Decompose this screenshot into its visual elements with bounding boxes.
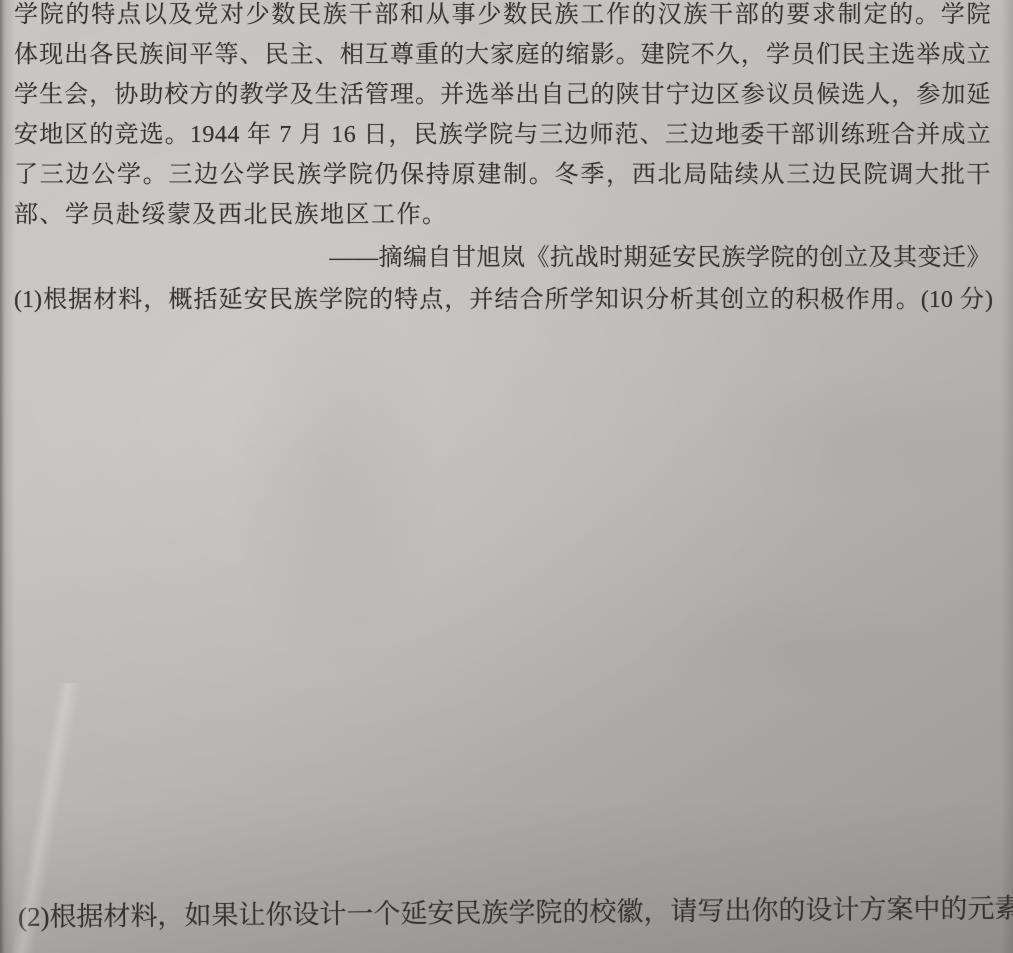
material-line-2: 体现出各民族间平等、民主、相互尊重的大家庭的缩影。建院不久，学员们民主选举成立 xyxy=(14,35,991,75)
material-line-1: 学院的特点以及党对少数民族干部和从事少数民族工作的汉族干部的要求制定的。学院 xyxy=(14,0,991,35)
question-2: (2)根据材料，如果让你设计一个延安民族学院的校徽，请写出你的设计方案中的元素并 xyxy=(18,889,993,936)
material-paragraph: 学院的特点以及党对少数民族干部和从事少数民族工作的汉族干部的要求制定的。学院 体… xyxy=(14,0,991,235)
source-attribution: ——摘编自甘旭岚《抗战时期延安民族学院的创立及其变迁》 xyxy=(330,242,992,274)
material-line-4: 安地区的竞选。1944 年 7 月 16 日，民族学院与三边师范、三边地委干部训… xyxy=(14,115,991,155)
material-line-5: 了三边公学。三边公学民族学院仍保持原建制。冬季，西北局陆续从三边民院调大批干 xyxy=(14,155,991,195)
question-1: (1)根据材料，概括延安民族学院的特点，并结合所学知识分析其创立的积极作用。(1… xyxy=(14,282,993,318)
material-line-6: 部、学员赴绥蒙及西北民族地区工作。 xyxy=(14,195,991,235)
exam-paper-page: 学院的特点以及党对少数民族干部和从事少数民族工作的汉族干部的要求制定的。学院 体… xyxy=(0,0,1013,953)
answer-space xyxy=(0,330,1013,885)
material-line-3: 学生会，协助校方的教学及生活管理。并选举出自己的陕甘宁边区参议员候选人，参加延 xyxy=(14,75,991,115)
